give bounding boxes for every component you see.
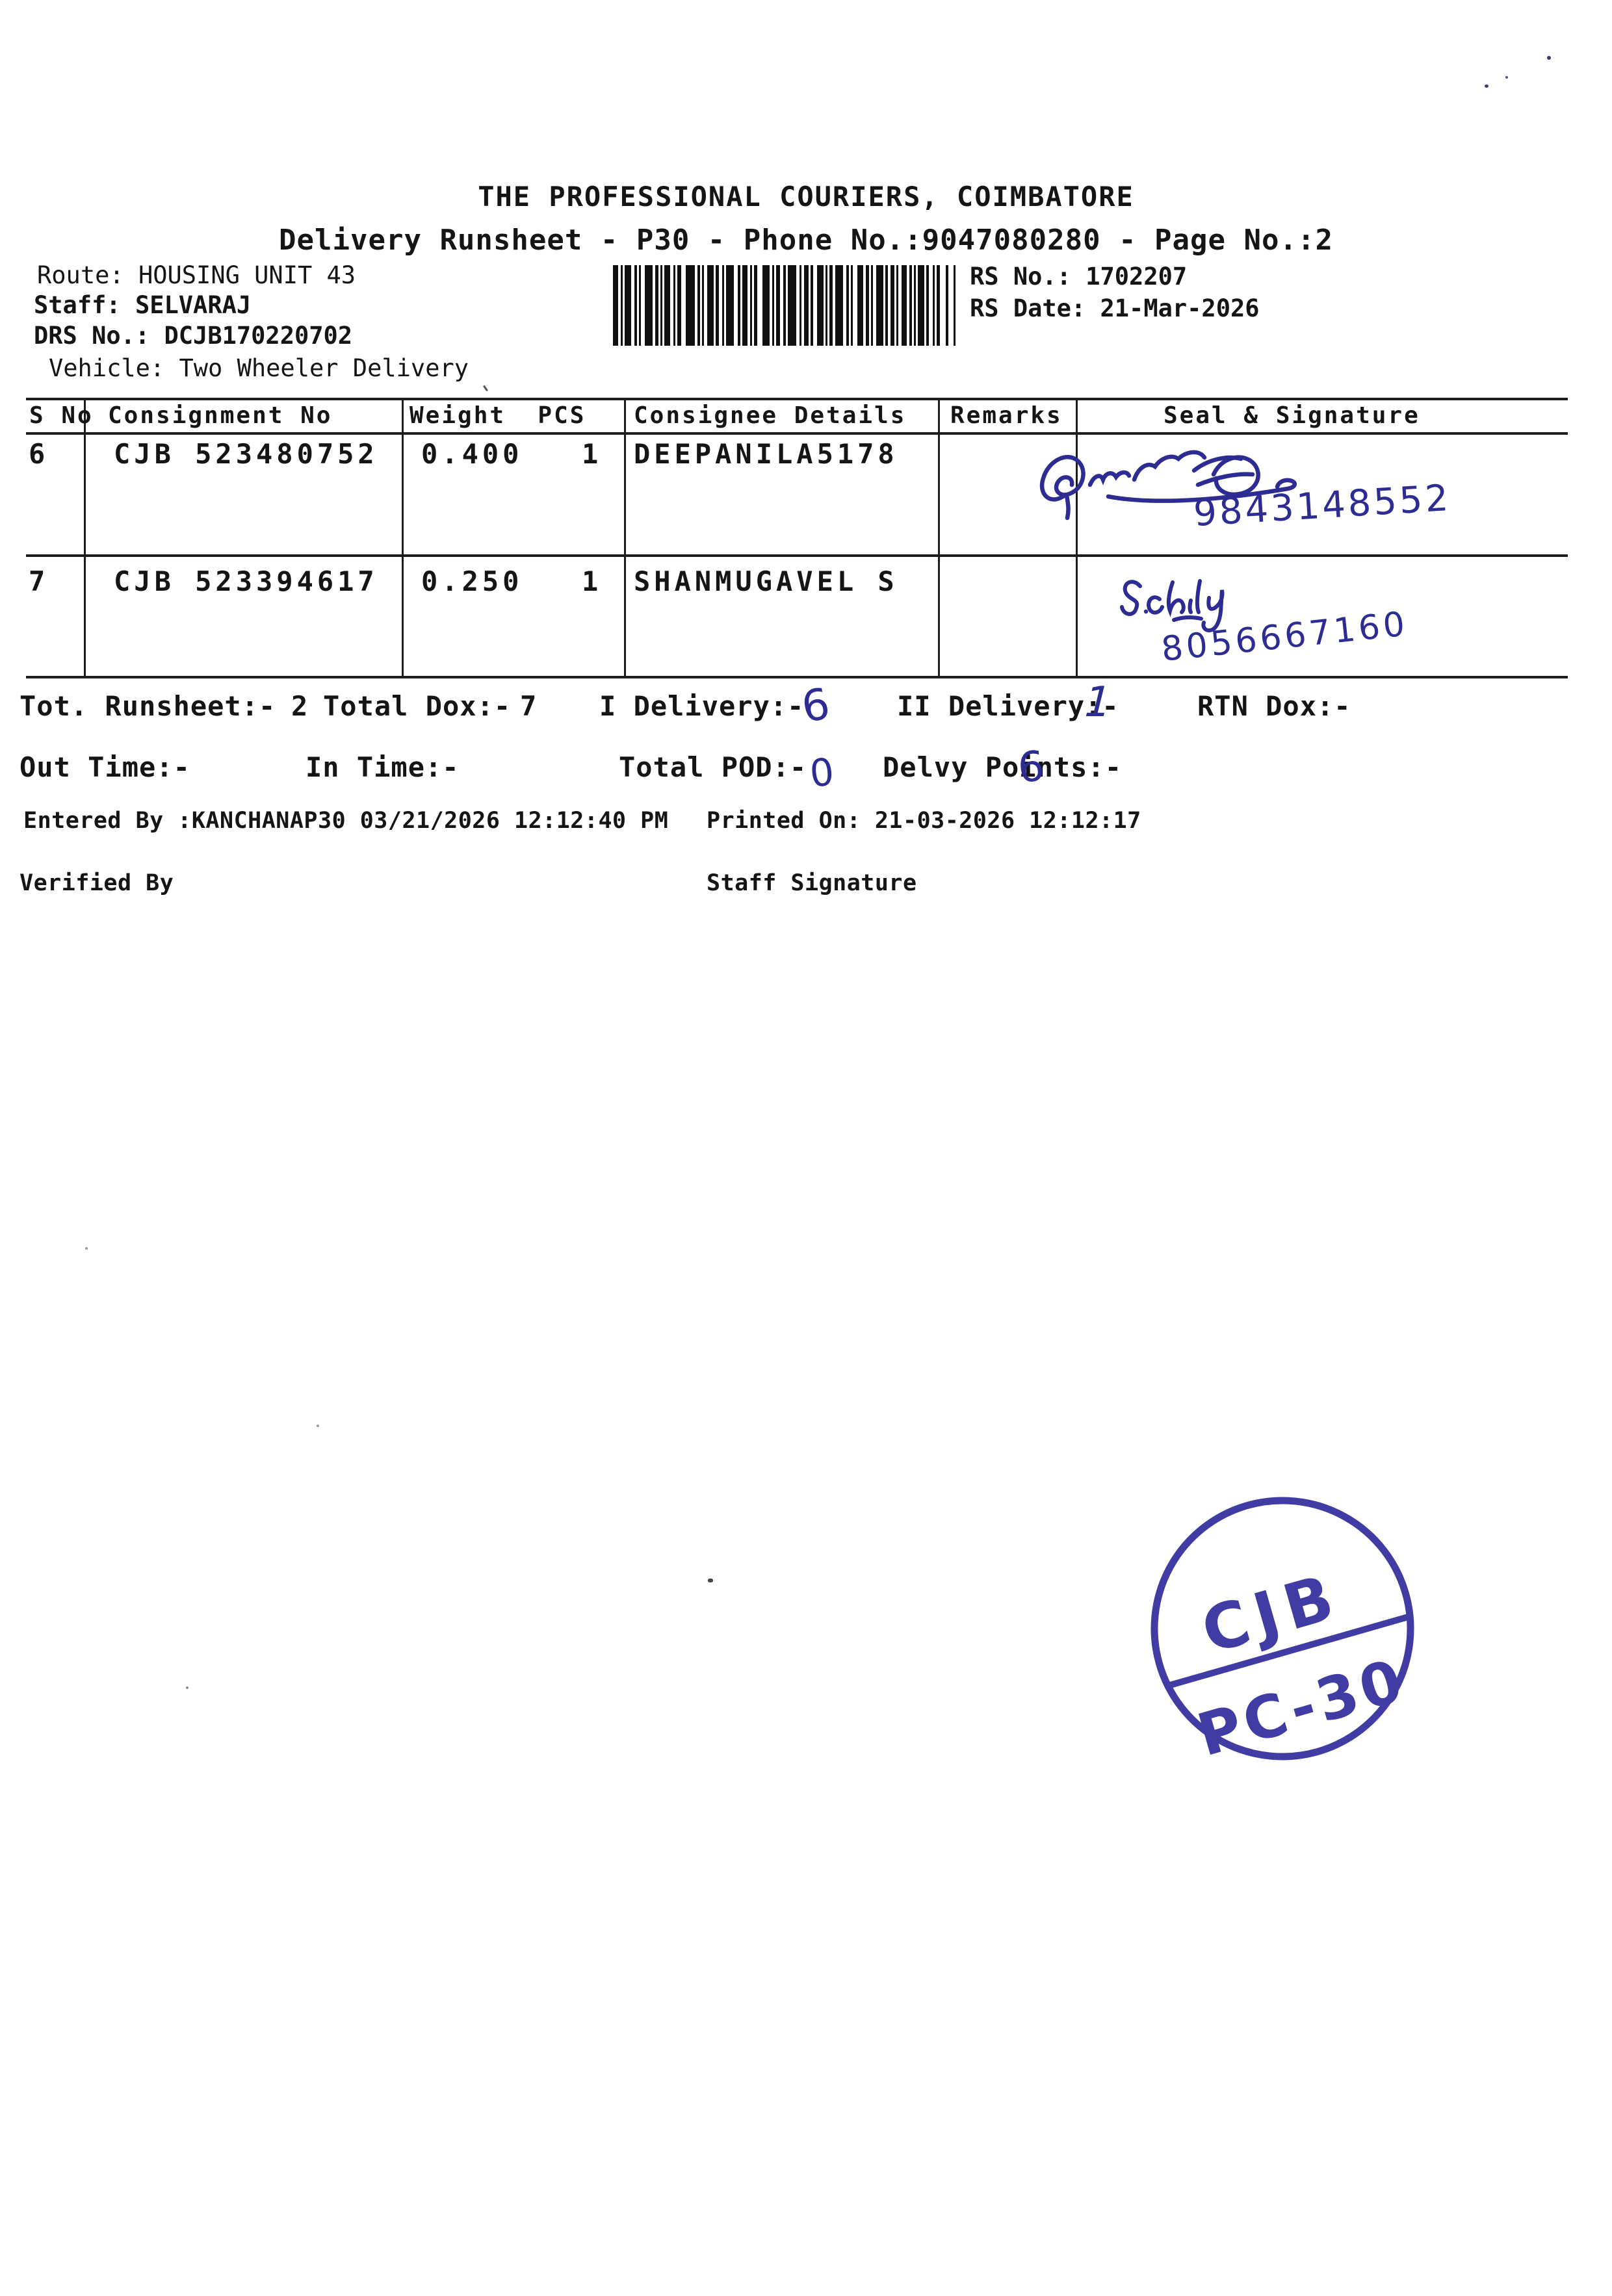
rs-no-line: RS No.: 1702207	[970, 264, 1187, 290]
ink-speck	[483, 385, 488, 392]
table-col-divider-2	[402, 398, 404, 677]
tot-runsheet-value: 2	[291, 691, 307, 721]
vehicle-line: Vehicle: Two Wheeler Delivery	[49, 355, 469, 382]
col-header-consignee-details: Consignee Details	[634, 403, 906, 429]
total-dox-label: Total Dox:-	[323, 691, 511, 721]
staff-spacer	[121, 291, 135, 319]
col-header-weight-pcs: Weight PCS	[409, 403, 586, 429]
verified-by-label: Verified By	[19, 871, 174, 896]
ink-speck	[708, 1579, 713, 1582]
vehicle-value: Two Wheeler Delivery	[179, 354, 469, 382]
staff-value: SELVARAJ	[135, 291, 251, 319]
ink-speck	[1547, 56, 1551, 60]
total-dox-value: 7	[520, 691, 536, 721]
delvy-points-label: Delvy Points:-	[883, 753, 1122, 782]
ink-speck	[317, 1425, 319, 1427]
i-delivery-label: I Delivery:-	[599, 691, 804, 721]
table-col-divider-4	[938, 398, 940, 677]
row-consignee: SHANMUGAVEL S	[634, 567, 898, 597]
handwritten-delvy-points-value: 6	[1017, 744, 1046, 792]
row-weight: 0.400	[421, 439, 523, 469]
out-time-label: Out Time:-	[19, 753, 190, 782]
barcode-icon	[613, 265, 964, 346]
col-header-consignment-no: Consignment No	[108, 403, 332, 429]
row-pcs: 1	[582, 439, 602, 469]
row-consignment-no: CJB 523394617	[114, 567, 378, 597]
drs-label: DRS No.:	[34, 322, 149, 350]
staff-signature-label: Staff Signature	[707, 871, 917, 896]
rs-no-value: 1702207	[1085, 263, 1187, 290]
col-header-s-no: S No	[29, 403, 94, 429]
page-title: THE PROFESSIONAL COURIERS, COIMBATORE	[0, 182, 1612, 212]
total-pod-label: Total POD:-	[619, 753, 807, 782]
table-bottom-border	[26, 676, 1568, 678]
drs-spacer	[149, 322, 164, 350]
ink-speck	[186, 1686, 188, 1689]
entered-by-line: Entered By :KANCHANAP30 03/21/2026 12:12…	[23, 808, 668, 834]
tot-runsheet-label: Tot. Runsheet:-	[19, 691, 276, 721]
table-col-divider-3	[624, 398, 626, 677]
staff-label: Staff:	[34, 291, 121, 319]
row-weight: 0.250	[421, 567, 523, 597]
table-top-border	[26, 398, 1568, 400]
table-row-divider	[26, 554, 1568, 557]
rs-date-line: RS Date: 21-Mar-2026	[970, 296, 1260, 322]
row-s-no: 7	[29, 567, 49, 597]
staff-line: Staff: SELVARAJ	[34, 292, 251, 319]
in-time-label: In Time:-	[305, 753, 460, 782]
route-label: Route:	[37, 261, 124, 289]
ink-speck	[1505, 76, 1508, 79]
rtn-dox-label: RTN Dox:-	[1197, 691, 1351, 721]
scanned-delivery-runsheet-page: THE PROFESSIONAL COURIERS, COIMBATORE De…	[0, 0, 1612, 2296]
col-header-remarks: Remarks	[950, 403, 1063, 429]
col-header-seal-signature: Seal & Signature	[1163, 403, 1420, 429]
route-spacer	[124, 261, 138, 289]
row-pcs: 1	[582, 567, 602, 597]
rs-date-value: 21-Mar-2026	[1100, 294, 1260, 322]
rs-date-spacer	[1085, 294, 1100, 322]
printed-on-line: Printed On: 21-03-2026 12:12:17	[707, 808, 1141, 834]
rubber-stamp: CJB PC-30	[1146, 1492, 1419, 1765]
ink-speck	[1485, 84, 1488, 88]
drs-value: DCJB170220702	[164, 322, 353, 350]
route-line: Route: HOUSING UNIT 43	[37, 263, 356, 289]
page-subtitle: Delivery Runsheet - P30 - Phone No.:9047…	[0, 225, 1612, 256]
vehicle-spacer	[164, 354, 179, 382]
row-consignee: DEEPANILA5178	[634, 439, 898, 469]
vehicle-label: Vehicle:	[49, 354, 164, 382]
row-s-no: 6	[29, 439, 49, 469]
table-header-border	[26, 432, 1568, 435]
rs-date-label: RS Date:	[970, 294, 1085, 322]
rs-no-label: RS No.:	[970, 263, 1071, 290]
stamp-text-top: CJB	[1194, 1559, 1349, 1668]
drs-line: DRS No.: DCJB170220702	[34, 323, 352, 350]
rs-no-spacer	[1071, 263, 1085, 290]
row-consignment-no: CJB 523480752	[114, 439, 378, 469]
handwritten-total-pod-value: 0	[808, 751, 836, 795]
route-value: HOUSING UNIT 43	[138, 261, 356, 289]
table-col-divider-1	[84, 398, 86, 677]
handwritten-i-delivery-value: 6	[798, 680, 833, 732]
ink-speck	[85, 1247, 88, 1250]
